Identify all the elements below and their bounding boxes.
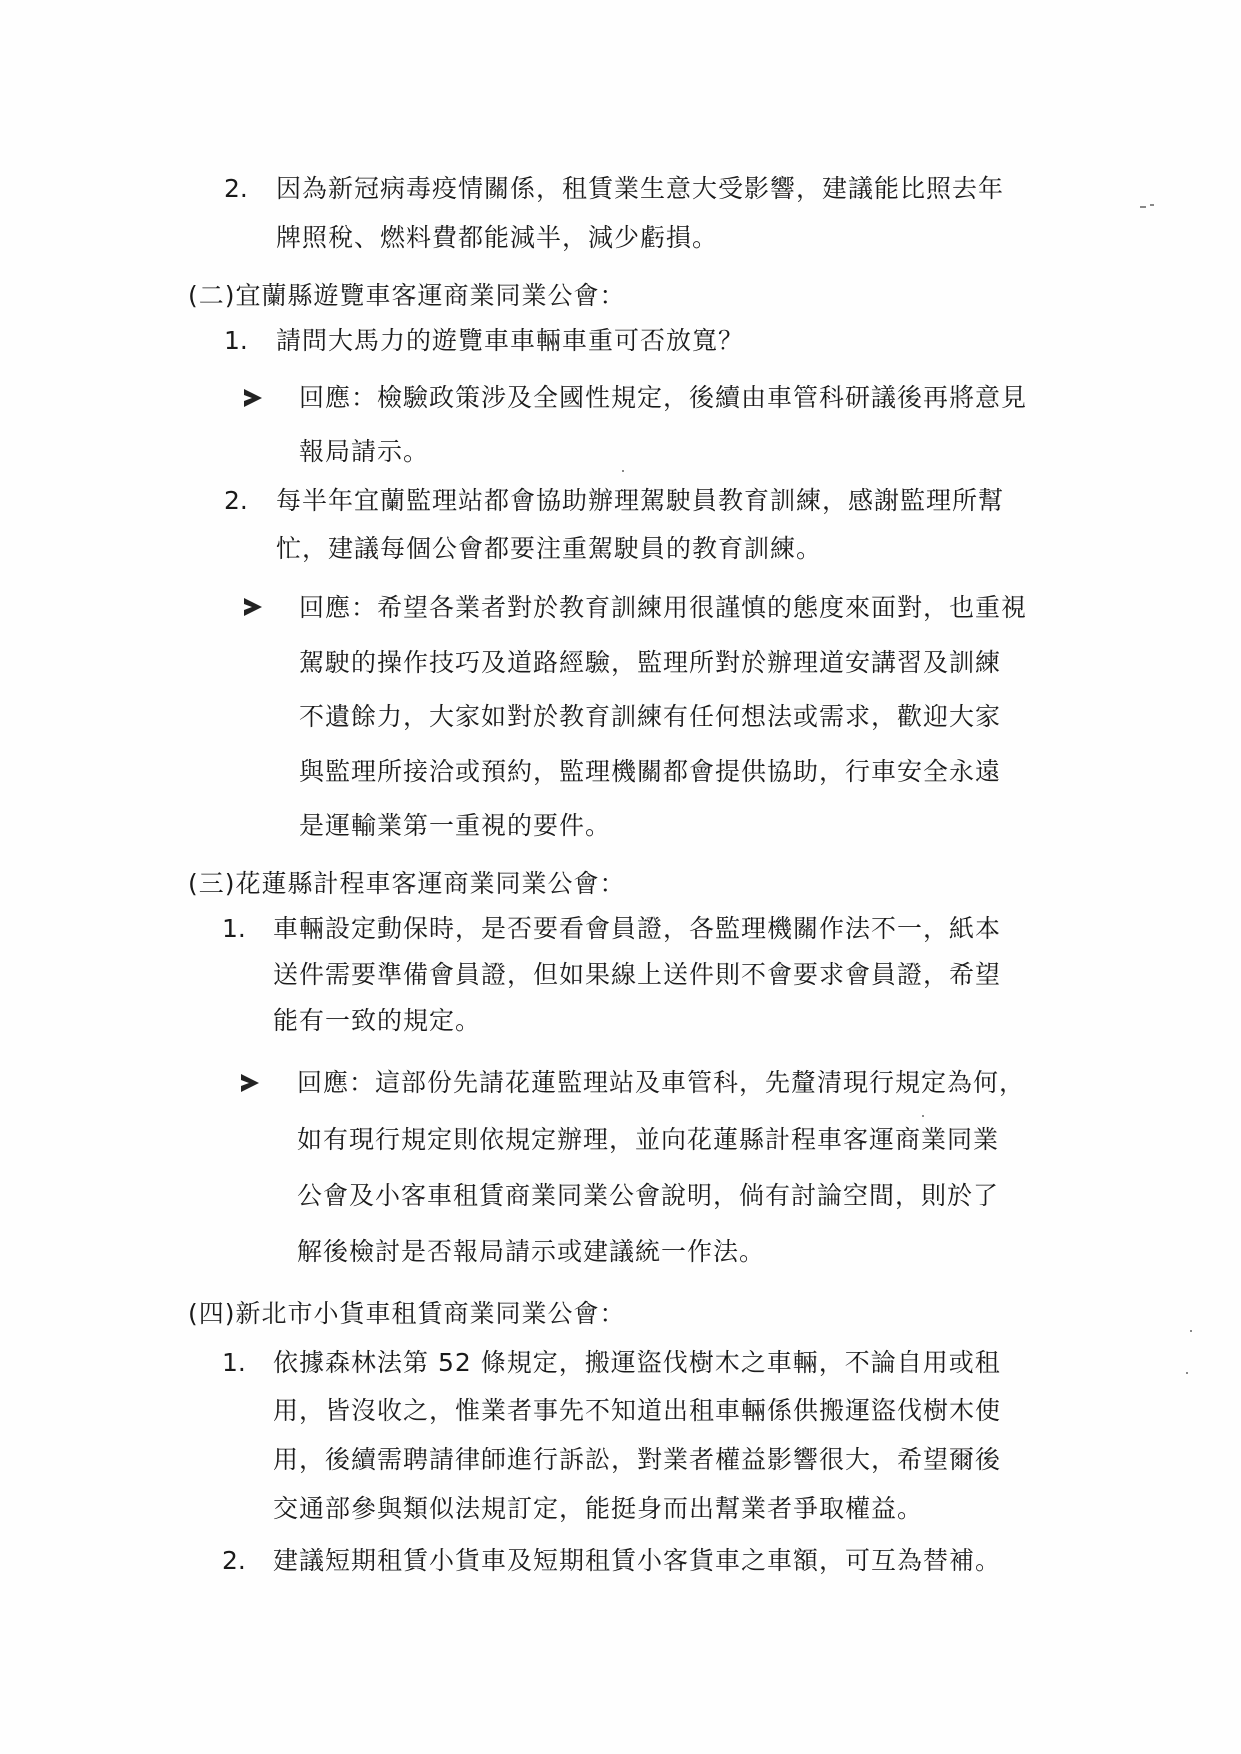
response-text-line: 回應：檢驗政策涉及全國性規定，後續由車管科研議後再將意見 (299, 382, 1027, 414)
item-text-line: 用，後續需聘請律師進行訴訟，對業者權益影響很大，希望爾後 (273, 1444, 1001, 1476)
scan-artifact (622, 470, 624, 472)
item-text-line: 請問大馬力的遊覽車車輛車重可否放寬？ (276, 325, 744, 357)
arrow-bullet-icon (244, 598, 262, 616)
item-text-line: 用，皆沒收之，惟業者事先不知道出租車輛係供搬運盜伐樹木使 (273, 1395, 1001, 1427)
item-text-line: 忙，建議每個公會都要注重駕駛員的教育訓練。 (276, 533, 822, 565)
document-page: 2. 因為新冠病毒疫情關係，租賃業生意大受影響，建議能比照去年 牌照稅、燃料費都… (0, 0, 1241, 1754)
response-text-line: 與監理所接洽或預約，監理機關都會提供協助，行車安全永遠 (299, 756, 1001, 788)
response-text-line: 是運輸業第一重視的要件。 (299, 810, 611, 842)
arrow-bullet-icon (244, 389, 262, 407)
response-text-line: 回應：這部份先請花蓮監理站及車管科，先釐清現行規定為何， (297, 1067, 1025, 1099)
item-text-line: 每半年宜蘭監理站都會協助辦理駕駛員教育訓練，感謝監理所幫 (276, 485, 1004, 517)
scan-artifact (922, 1115, 924, 1117)
item-text-line: 車輛設定動保時，是否要看會員證，各監理機關作法不一，紙本 (273, 913, 1001, 945)
section-heading: (三)花蓮縣計程車客運商業同業公會： (188, 868, 626, 900)
response-text-line: 公會及小客車租賃商業同業公會說明，倘有討論空間，則於了 (297, 1180, 999, 1212)
item-text-line: 依據森林法第 52 條規定，搬運盜伐樹木之車輛，不論自用或租 (273, 1347, 1001, 1379)
response-text-line: 回應：希望各業者對於教育訓練用很謹慎的態度來面對，也重視 (299, 592, 1027, 624)
scan-artifact (1186, 1372, 1188, 1374)
item-text-line: 能有一致的規定。 (273, 1005, 481, 1037)
scan-artifact (1190, 1330, 1192, 1332)
response-text-line: 報局請示。 (299, 436, 429, 468)
response-text-line: 解後檢討是否報局請示或建議統一作法。 (297, 1236, 765, 1268)
section-heading: (四)新北市小貨車租賃商業同業公會： (188, 1298, 626, 1330)
response-text-line: 駕駛的操作技巧及道路經驗，監理所對於辦理道安講習及訓練 (299, 647, 1001, 679)
item-number: 1. (224, 325, 248, 357)
item-number: 2. (222, 1545, 246, 1577)
item-text-line: 建議短期租賃小貨車及短期租賃小客貨車之車額，可互為替補。 (273, 1545, 1001, 1577)
response-text-line: 不遺餘力，大家如對於教育訓練有任何想法或需求，歡迎大家 (299, 701, 1001, 733)
item-text-line: 牌照稅、燃料費都能減半，減少虧損。 (276, 222, 718, 254)
response-text-line: 如有現行規定則依規定辦理，並向花蓮縣計程車客運商業同業 (297, 1124, 999, 1156)
item-number: 2. (224, 485, 248, 517)
item-text-line: 送件需要準備會員證，但如果線上送件則不會要求會員證，希望 (273, 959, 1001, 991)
item-number: 1. (222, 1347, 246, 1379)
item-text-line: 交通部參與類似法規訂定，能挺身而出幫業者爭取權益。 (273, 1493, 923, 1525)
item-text-line: 因為新冠病毒疫情關係，租賃業生意大受影響，建議能比照去年 (276, 173, 1004, 205)
scan-artifact (1150, 204, 1154, 206)
item-number: 2. (224, 173, 248, 205)
arrow-bullet-icon (241, 1074, 259, 1092)
section-heading: (二)宜蘭縣遊覽車客運商業同業公會： (188, 280, 626, 312)
scan-artifact (1140, 206, 1146, 208)
item-number: 1. (222, 913, 246, 945)
